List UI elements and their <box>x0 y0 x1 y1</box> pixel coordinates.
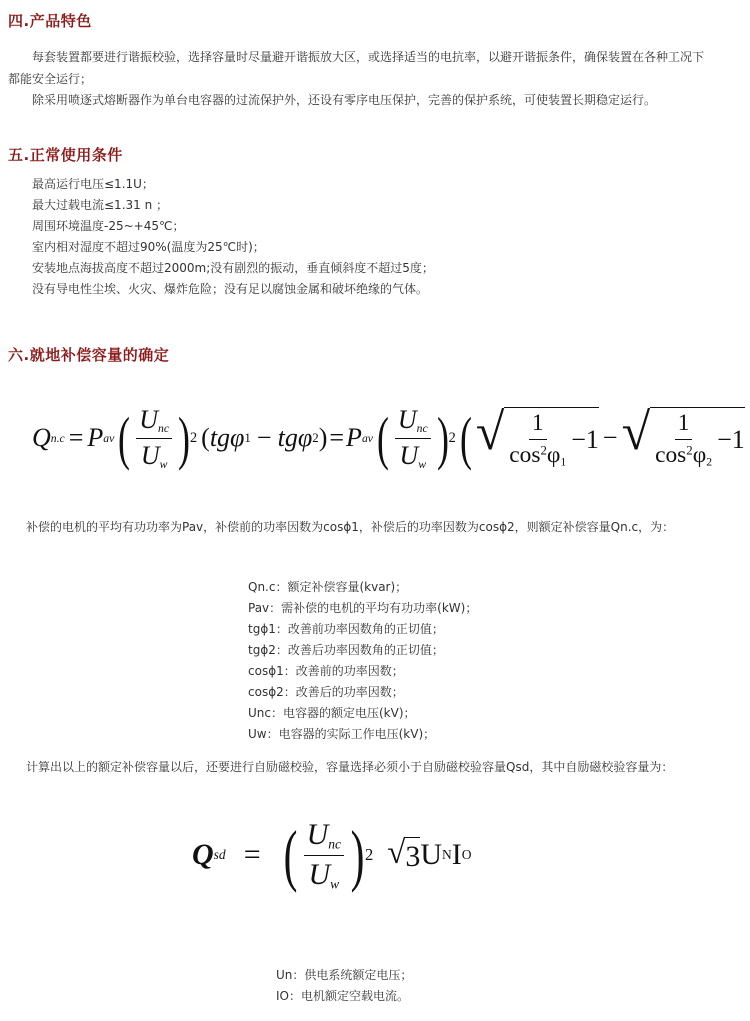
formula-compensation-capacity: Qn.c = Pav ( Unc Uw )2 ( tgφ1 − tgφ2 ) =… <box>32 398 750 478</box>
formula-subscript: 2 <box>706 456 712 469</box>
definition-item: Pav：需补偿的电机的平均有功功率(kW)； <box>248 599 477 616</box>
condition-item: 最高运行电压≤1.1U； <box>32 175 154 192</box>
formula-phi: φ <box>693 442 707 468</box>
formula-equals: = <box>329 423 344 453</box>
paragraph-resonance-check-line1: 每套装置都要进行谐振校验，选择容量时尽量避开谐振放大区，或选择适当的电抗率，以避… <box>32 48 704 66</box>
formula-minus-one: −1 <box>571 425 599 455</box>
definition-item: Qn.c：额定补偿容量(kvar)； <box>248 578 407 595</box>
condition-item: 周围环境温度-25~+45℃； <box>32 217 184 234</box>
formula-subscript: O <box>462 847 472 863</box>
formula-subscript: nc <box>328 837 341 852</box>
formula-subscript: sd <box>214 847 226 863</box>
formula-subscript: av <box>362 432 373 445</box>
formula-subscript: n.c <box>51 432 65 445</box>
left-paren: ( <box>283 816 297 895</box>
definition-item: cosϕ1：改善前的功率因数； <box>248 662 404 679</box>
formula-symbol: U <box>139 405 158 434</box>
radical-icon: √ <box>387 837 405 874</box>
definition-item: tgϕ2：改善后功率因数角的正切值； <box>248 641 444 658</box>
definition-item: cosϕ2：改善后的功率因数； <box>248 683 404 700</box>
formula-phi: φ <box>547 442 561 468</box>
formula-minus: − <box>603 423 618 453</box>
formula-symbol: P <box>87 423 103 453</box>
definition-item: Uw：电容器的实际工作电压(kV)； <box>248 725 435 742</box>
section-heading-product-features: 四.产品特色 <box>8 10 92 31</box>
left-paren: ( <box>377 404 389 473</box>
note-item: Un：供电系统额定电压； <box>276 966 412 983</box>
formula-symbol: I <box>452 838 462 872</box>
formula-symbol: U <box>141 441 160 470</box>
formula-equals: = <box>69 423 84 453</box>
formula-minus-one: −1 <box>717 425 745 455</box>
section-heading-operating-conditions: 五.正常使用条件 <box>8 144 123 165</box>
formula-symbol: U <box>398 405 417 434</box>
voltage-ratio-fraction: Unc Uw <box>395 405 431 470</box>
condition-item: 最大过载电流≤1.31 n ； <box>32 196 168 213</box>
formula-subscript: 1 <box>560 456 566 469</box>
note-item: IO：电机额定空载电流。 <box>276 987 409 1004</box>
voltage-ratio-fraction: Unc Uw <box>136 405 172 470</box>
paragraph-protection: 除采用喷逐式熔断器作为单台电容器的过流保护外，还设有零序电压保护，完善的保护系统… <box>32 91 656 109</box>
formula-subscript: av <box>103 432 114 445</box>
formula-subscript: N <box>442 847 452 863</box>
formula-symbol: Q <box>192 838 214 872</box>
right-paren: ) <box>351 816 365 895</box>
formula-tangent: tgφ <box>210 423 245 453</box>
voltage-ratio-fraction: Unc Uw <box>304 818 344 892</box>
paragraph-self-excitation: 计算出以上的额定补偿容量以后，还要进行自励磁校验，容量选择必须小于自励磁校验容量… <box>26 758 673 776</box>
right-paren: ) <box>437 404 449 473</box>
formula-symbol: U <box>307 818 329 851</box>
condition-item: 室内相对湿度不超过90%(温度为25℃时)； <box>32 238 265 255</box>
formula-one: 1 <box>675 410 693 440</box>
formula-one: 1 <box>529 410 547 440</box>
radical-icon: √ <box>476 407 505 469</box>
formula-paren: ) <box>319 423 328 453</box>
paragraph-compensation-intro: 补偿的电机的平均有功功率为Pav，补偿前的功率因数为cosϕ1，补偿后的功率因数… <box>26 518 674 536</box>
formula-symbol: Q <box>32 423 51 453</box>
formula-cos: cos <box>655 442 686 468</box>
definition-item: tgϕ1：改善前功率因数角的正切值； <box>248 620 444 637</box>
definition-item: Unc：电容器的额定电压(kV)； <box>248 704 416 721</box>
formula-exponent: 2 <box>449 430 456 447</box>
sqrt-term-1: √ 1cos2φ1 −1 <box>476 407 599 469</box>
formula-minus: − <box>257 423 272 453</box>
right-paren: ) <box>178 404 190 473</box>
formula-cos: cos <box>509 442 540 468</box>
paragraph-resonance-check-line2: 都能安全运行； <box>8 70 92 88</box>
formula-symbol: U <box>308 858 330 891</box>
formula-symbol: U <box>420 838 442 872</box>
formula-three: 3 <box>405 840 420 874</box>
section-heading-compensation-capacity: 六.就地补偿容量的确定 <box>8 344 169 365</box>
condition-item: 安装地点海拔高度不超过2000m;没有剧烈的振动，垂直倾斜度不超过5度； <box>32 259 434 276</box>
condition-item: 没有导电性尘埃、火灾、爆炸危险；没有足以腐蚀金属和破坏绝缘的气体。 <box>32 280 428 297</box>
formula-subscript: w <box>330 876 339 891</box>
formula-subscript: w <box>160 458 168 471</box>
formula-symbol: P <box>346 423 362 453</box>
formula-subscript: w <box>418 458 426 471</box>
formula-self-excitation-capacity: Qsd = ( Unc Uw )2 √ 3 UN IO <box>192 810 472 900</box>
sqrt-three: √ 3 <box>387 837 420 874</box>
formula-exponent: 2 <box>365 845 373 865</box>
formula-exponent: 2 <box>190 430 197 447</box>
formula-paren: ( <box>201 423 210 453</box>
formula-subscript: nc <box>417 423 428 436</box>
formula-tangent: tgφ <box>278 423 313 453</box>
formula-symbol: U <box>400 441 419 470</box>
left-paren: ( <box>460 404 472 473</box>
formula-subscript: 1 <box>244 430 251 446</box>
sqrt-term-2: √ 1cos2φ2 −1 <box>622 407 745 469</box>
formula-equals: = <box>244 838 261 872</box>
formula-subscript: nc <box>158 423 169 436</box>
radical-icon: √ <box>622 407 651 469</box>
left-paren: ( <box>118 404 130 473</box>
